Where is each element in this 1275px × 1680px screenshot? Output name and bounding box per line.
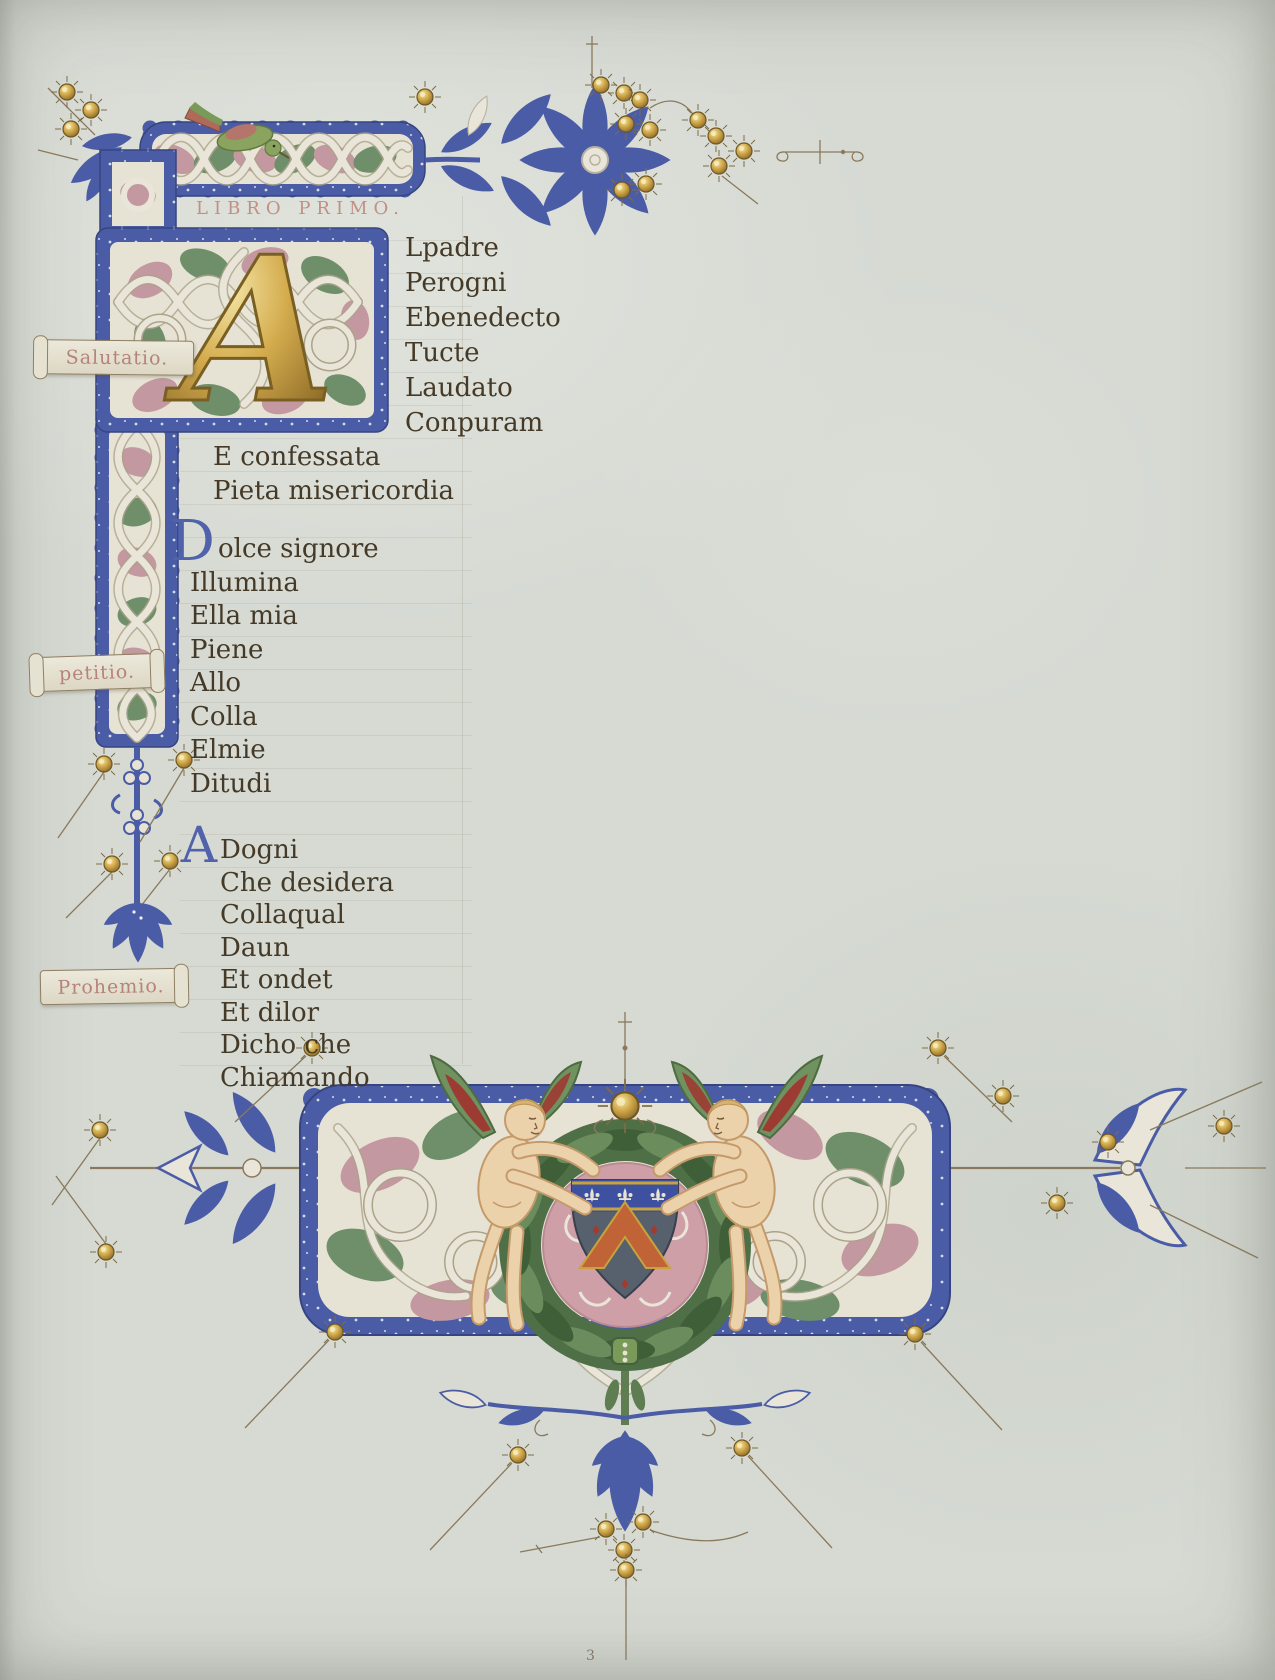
gold-bezant (51, 76, 83, 108)
quire-mark: 3 (586, 1648, 595, 1664)
verse-block-prohemio: Dogni Che desidera Collaqual Daun Et ond… (220, 834, 394, 1094)
verse-line: Laudato (405, 371, 561, 406)
hairline-flourish (777, 140, 863, 164)
bottom-centerpiece-ornament (52, 1012, 1266, 1660)
illuminated-initial-panel: A (96, 213, 388, 448)
verse-line: Piene (190, 634, 379, 668)
verse-line: Perogni (405, 266, 561, 301)
scroll-banner-salutatio: Salutatio. (40, 339, 194, 376)
verse-line: Daun (220, 932, 394, 965)
verse-line: E confessata (213, 440, 454, 474)
verse-line: Pieta misericordia (213, 474, 454, 508)
star-flower-ornament (519, 84, 670, 235)
gold-bezant (84, 1114, 116, 1146)
gold-bezant (409, 81, 441, 113)
verse-line: Illumina (190, 567, 379, 601)
verse-block-opening: Lpadre Perogni Ebenedecto Tucte Laudato … (405, 231, 561, 441)
verse-line: Elmie (190, 734, 379, 768)
gold-bezant (726, 1432, 758, 1464)
verse-line: Dogni (220, 834, 394, 867)
verse-line: Et ondet (220, 964, 394, 997)
verse-line: Colla (190, 701, 379, 735)
verse-line: Allo (190, 667, 379, 701)
scroll-banner-petitio: petitio. (35, 653, 158, 692)
gold-bezant (55, 113, 87, 145)
verse-line: Ditudi (190, 768, 379, 802)
gold-bezant (502, 1439, 534, 1471)
left-arrow-ornament (52, 1085, 310, 1250)
scroll-banner-prohemio: Prohemio. (40, 968, 183, 1005)
leaf-tuft-ornament (100, 897, 175, 962)
gold-bezant (96, 848, 128, 880)
verse-line: Conpuram (405, 406, 561, 441)
verse-line: Dicho che (220, 1029, 394, 1062)
verse-line: olce signore (190, 533, 379, 567)
gold-bezant (90, 1236, 122, 1268)
manuscript-page: A (0, 0, 1275, 1680)
gold-bezant (728, 135, 760, 167)
verse-line: Lpadre (405, 231, 561, 266)
gold-bezant (1041, 1187, 1073, 1219)
verse-line: Ebenedecto (405, 301, 561, 336)
scroll-label: Prohemio. (57, 975, 164, 999)
verse-line: Et dilor (220, 997, 394, 1030)
scroll-label: Salutatio. (66, 346, 169, 369)
verse-line: Che desidera (220, 867, 394, 900)
gold-initial-letter: A (164, 213, 335, 448)
verse-block-continuation: E confessata Pieta misericordia (213, 440, 454, 508)
verse-line: Collaqual (220, 899, 394, 932)
gold-bezant (1208, 1110, 1240, 1142)
scroll-label: petitio. (59, 660, 136, 685)
gold-bezant (590, 1513, 622, 1545)
verse-line: Ella mia (190, 600, 379, 634)
rubric-heading: Libro Primo. (196, 198, 416, 219)
gold-bezant (88, 748, 120, 780)
gold-bezant (703, 150, 735, 182)
pendant-tail-ornament (430, 1332, 832, 1660)
initial-letter-a: A (181, 820, 217, 870)
gold-bezant (987, 1080, 1019, 1112)
gold-bezant (922, 1032, 954, 1064)
verse-line: Chiamando (220, 1062, 394, 1095)
verse-line: Tucte (405, 336, 561, 371)
verse-block-petition: olce signore Illumina Ella mia Piene All… (190, 533, 379, 801)
gold-bezant (75, 94, 107, 126)
